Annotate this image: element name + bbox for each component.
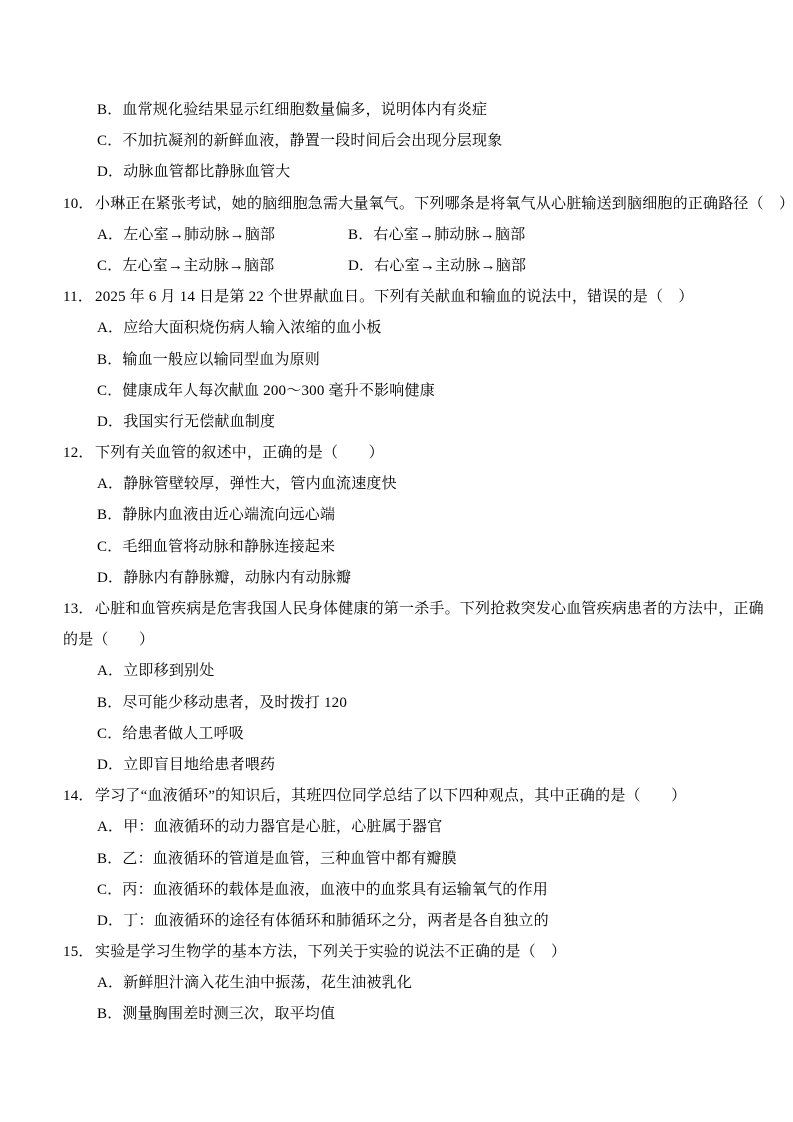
q15-option-a: A．新鲜胆汁滴入花生油中振荡，花生油被乳化 bbox=[63, 968, 743, 999]
option-text: 尽可能少移动患者，及时拨打 120 bbox=[122, 695, 347, 711]
option-label: C． bbox=[97, 126, 122, 157]
option-text: 立即移到别处 bbox=[123, 663, 214, 679]
q10-stem: 10．小琳正在紧张考试，她的脑细胞急需大量氧气。下列哪条是将氧气从心脏输送到脑细… bbox=[63, 189, 743, 220]
option-label: C． bbox=[97, 719, 122, 750]
option-text: 健康成年人每次献血 200～300 毫升不影响健康 bbox=[122, 383, 435, 399]
q12-option-a: A．静脉管壁较厚，弹性大，管内血流速度快 bbox=[63, 469, 743, 500]
q15-option-b: B．测量胸围差时测三次，取平均值 bbox=[63, 999, 743, 1030]
option-label: B． bbox=[97, 999, 122, 1030]
option-text: 测量胸围差时测三次，取平均值 bbox=[122, 1006, 335, 1022]
option-label: D． bbox=[97, 157, 123, 188]
question-number: 14． bbox=[63, 781, 95, 812]
q12-stem: 12．下列有关血管的叙述中，正确的是（ ） bbox=[63, 438, 743, 469]
option-text: 静脉内血液由近心端流向远心端 bbox=[122, 507, 335, 523]
q13-option-c: C．给患者做人工呼吸 bbox=[63, 719, 743, 750]
option-label: A． bbox=[97, 812, 123, 843]
option-text: 新鲜胆汁滴入花生油中振荡，花生油被乳化 bbox=[123, 975, 412, 991]
option-text: 丙：血液循环的载体是血液，血液中的血浆具有运输氧气的作用 bbox=[122, 882, 548, 898]
q13-option-d: D．立即盲目地给患者喂药 bbox=[63, 750, 743, 781]
option-label: D． bbox=[348, 251, 374, 282]
q14-option-b: B．乙：血液循环的管道是血管，三种血管中都有瓣膜 bbox=[63, 844, 743, 875]
option-label: D． bbox=[97, 750, 123, 781]
question-number: 13． bbox=[63, 594, 95, 625]
q10-option-a: A．左心室→肺动脉→脑部 bbox=[97, 227, 275, 243]
q10-option-b: B．右心室→肺动脉→脑部 bbox=[348, 220, 525, 251]
option-label: C． bbox=[97, 376, 122, 407]
q11-option-d: D．我国实行无偿献血制度 bbox=[63, 407, 743, 438]
option-text: 乙：血液循环的管道是血管，三种血管中都有瓣膜 bbox=[122, 851, 456, 867]
q14-option-a: A．甲：血液循环的动力器官是心脏，心脏属于器官 bbox=[63, 812, 743, 843]
option-text: 动脉血管都比静脉血管大 bbox=[123, 164, 290, 180]
q10-options-row-2: C．左心室→主动脉→脑部 D．右心室→主动脉→脑部 bbox=[63, 251, 743, 282]
question-stem-text: 2025 年 6 月 14 日是第 22 个世界献血日。下列有关献血和输血的说法… bbox=[95, 289, 694, 305]
q14-stem: 14．学习了“血液循环”的知识后，其班四位同学总结了以下四种观点，其中正确的是（… bbox=[63, 781, 743, 812]
option-label: B． bbox=[97, 500, 122, 531]
option-label: A． bbox=[97, 656, 123, 687]
option-label: A． bbox=[97, 313, 123, 344]
q13-option-b: B．尽可能少移动患者，及时拨打 120 bbox=[63, 688, 743, 719]
q10-option-d: D．右心室→主动脉→脑部 bbox=[348, 251, 526, 282]
q14-option-d: D．丁：血液循环的途径有体循环和肺循环之分，两者是各自独立的 bbox=[63, 906, 743, 937]
option-text: 血常规化验结果显示红细胞数量偏多，说明体内有炎症 bbox=[122, 102, 487, 118]
q15-stem: 15．实验是学习生物学的基本方法，下列关于实验的说法不正确的是（ ） bbox=[63, 937, 743, 968]
option-text: 静脉内有静脉瓣，动脉内有动脉瓣 bbox=[123, 570, 351, 586]
option-label: B． bbox=[97, 844, 122, 875]
option-label: C． bbox=[97, 875, 122, 906]
q11-option-b: B．输血一般应以输同型血为原则 bbox=[63, 345, 743, 376]
option-text: 给患者做人工呼吸 bbox=[122, 726, 244, 742]
option-text: 左心室→主动脉→脑部 bbox=[122, 258, 274, 274]
question-stem-text: 心脏和血管疾病是危害我国人民身体健康的第一杀手。下列抢救突发心血管疾病患者的方法… bbox=[95, 601, 764, 617]
option-label: A． bbox=[97, 469, 123, 500]
q12-option-b: B．静脉内血液由近心端流向远心端 bbox=[63, 500, 743, 531]
q9-option-d: D．动脉血管都比静脉血管大 bbox=[63, 157, 743, 188]
option-text: 甲：血液循环的动力器官是心脏，心脏属于器官 bbox=[123, 819, 442, 835]
option-label: A． bbox=[97, 220, 123, 251]
q13-stem-line-2: 的是（ ） bbox=[63, 625, 743, 656]
q10-option-c: C．左心室→主动脉→脑部 bbox=[97, 258, 274, 274]
question-stem-text: 的是（ ） bbox=[63, 632, 154, 648]
q11-option-a: A．应给大面积烧伤病人输入浓缩的血小板 bbox=[63, 313, 743, 344]
q13-stem-line-1: 13．心脏和血管疾病是危害我国人民身体健康的第一杀手。下列抢救突发心血管疾病患者… bbox=[63, 594, 743, 625]
question-number: 10． bbox=[63, 189, 95, 220]
option-text: 右心室→肺动脉→脑部 bbox=[373, 227, 525, 243]
q10-options-row-1: A．左心室→肺动脉→脑部 B．右心室→肺动脉→脑部 bbox=[63, 220, 743, 251]
option-label: B． bbox=[97, 345, 122, 376]
question-number: 12． bbox=[63, 438, 95, 469]
q11-option-c: C．健康成年人每次献血 200～300 毫升不影响健康 bbox=[63, 376, 743, 407]
option-label: D． bbox=[97, 906, 123, 937]
option-text: 右心室→主动脉→脑部 bbox=[374, 258, 526, 274]
question-stem-text: 下列有关血管的叙述中，正确的是（ ） bbox=[95, 445, 384, 461]
option-text: 应给大面积烧伤病人输入浓缩的血小板 bbox=[123, 320, 381, 336]
question-stem-text: 小琳正在紧张考试，她的脑细胞急需大量氧气。下列哪条是将氧气从心脏输送到脑细胞的正… bbox=[95, 196, 793, 212]
option-text: 左心室→肺动脉→脑部 bbox=[123, 227, 275, 243]
option-label: B． bbox=[97, 688, 122, 719]
option-label: D． bbox=[97, 407, 123, 438]
exam-content: B．血常规化验结果显示红细胞数量偏多，说明体内有炎症 C．不加抗凝剂的新鲜血液，… bbox=[0, 0, 793, 1031]
q12-option-c: C．毛细血管将动脉和静脉连接起来 bbox=[63, 532, 743, 563]
q9-option-b: B．血常规化验结果显示红细胞数量偏多，说明体内有炎症 bbox=[63, 95, 743, 126]
question-number: 11． bbox=[63, 282, 95, 313]
q14-option-c: C．丙：血液循环的载体是血液，血液中的血浆具有运输氧气的作用 bbox=[63, 875, 743, 906]
option-label: C． bbox=[97, 251, 122, 282]
question-stem-text: 学习了“血液循环”的知识后，其班四位同学总结了以下四种观点，其中正确的是（ ） bbox=[95, 788, 686, 804]
q11-stem: 11．2025 年 6 月 14 日是第 22 个世界献血日。下列有关献血和输血… bbox=[63, 282, 743, 313]
q9-option-c: C．不加抗凝剂的新鲜血液，静置一段时间后会出现分层现象 bbox=[63, 126, 743, 157]
option-label: B． bbox=[348, 220, 373, 251]
option-text: 静脉管壁较厚，弹性大，管内血流速度快 bbox=[123, 476, 397, 492]
option-text: 不加抗凝剂的新鲜血液，静置一段时间后会出现分层现象 bbox=[122, 133, 502, 149]
q13-option-a: A．立即移到别处 bbox=[63, 656, 743, 687]
question-stem-text: 实验是学习生物学的基本方法，下列关于实验的说法不正确的是（ ） bbox=[95, 944, 566, 960]
exam-document-page: B．血常规化验结果显示红细胞数量偏多，说明体内有炎症 C．不加抗凝剂的新鲜血液，… bbox=[0, 0, 793, 1122]
question-number: 15． bbox=[63, 937, 95, 968]
option-label: B． bbox=[97, 95, 122, 126]
q12-option-d: D．静脉内有静脉瓣，动脉内有动脉瓣 bbox=[63, 563, 743, 594]
option-label: A． bbox=[97, 968, 123, 999]
option-text: 我国实行无偿献血制度 bbox=[123, 414, 275, 430]
option-text: 丁：血液循环的途径有体循环和肺循环之分，两者是各自独立的 bbox=[123, 913, 549, 929]
option-text: 立即盲目地给患者喂药 bbox=[123, 757, 275, 773]
option-label: D． bbox=[97, 563, 123, 594]
option-label: C． bbox=[97, 532, 122, 563]
option-text: 毛细血管将动脉和静脉连接起来 bbox=[122, 539, 335, 555]
option-text: 输血一般应以输同型血为原则 bbox=[122, 352, 320, 368]
